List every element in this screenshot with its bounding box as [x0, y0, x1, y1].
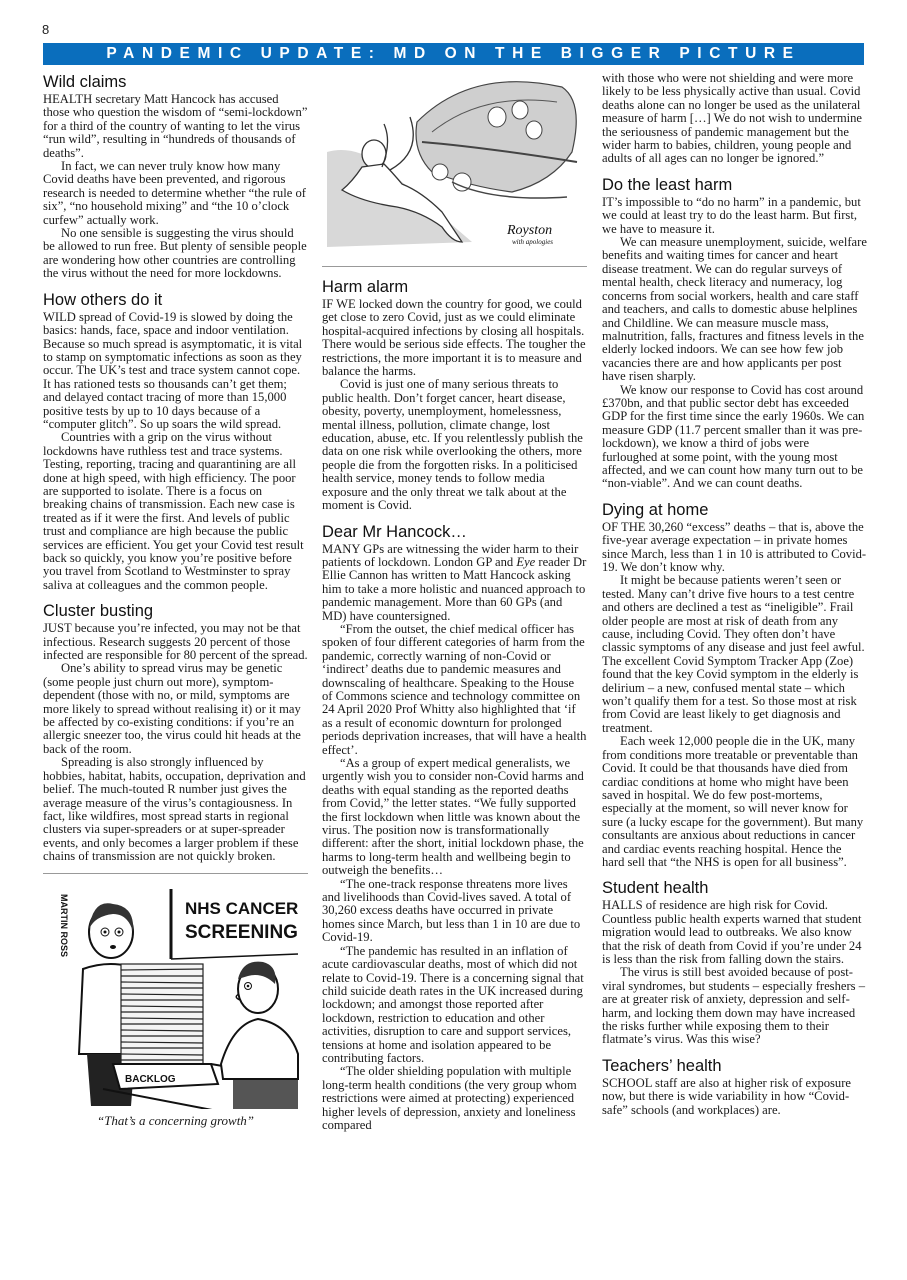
paragraph: IT’s impossible to “do no harm” in a pan…: [602, 196, 867, 236]
backlog-label: BACKLOG: [125, 1074, 176, 1085]
paragraph: OF THE 30,260 “excess” deaths – that is,…: [602, 521, 867, 575]
paragraph: HEALTH secretary Matt Hancock has accuse…: [43, 93, 308, 160]
paragraph: The virus is still best avoided because …: [602, 966, 867, 1046]
paragraph: “As a group of expert medical generalist…: [322, 757, 587, 878]
cartoon-illustration: NHS CANCER SCREENING MARTIN ROSS: [43, 884, 308, 1109]
article-wild-claims: Wild claims HEALTH secretary Matt Hancoc…: [43, 72, 308, 281]
paragraph: We can measure unemployment, suicide, we…: [602, 236, 867, 383]
paragraph: One’s ability to spread virus may be gen…: [43, 662, 308, 756]
paragraph: Countries with a grip on the virus witho…: [43, 431, 308, 592]
paragraph: SCHOOL staff are also at higher risk of …: [602, 1077, 867, 1117]
column-2: Royston with apologies Harm alarm IF WE …: [322, 72, 587, 1141]
article-cluster-busting: Cluster busting JUST because you’re infe…: [43, 601, 308, 863]
heading-wild-claims: Wild claims: [43, 72, 308, 92]
cartoon-caption: “That’s a concerning growth”: [43, 1113, 308, 1129]
article-do-the-least-harm: Do the least harm IT’s impossible to “do…: [602, 175, 867, 491]
heading-teachers-health: Teachers’ health: [602, 1056, 867, 1076]
cartoon-nhs-backlog: NHS CANCER SCREENING MARTIN ROSS: [43, 884, 308, 1129]
heading-how-others-do-it: How others do it: [43, 290, 308, 310]
paragraph: “The older shielding population with mul…: [322, 1065, 587, 1132]
sign-text-1: NHS CANCER: [185, 899, 298, 918]
heading-harm-alarm: Harm alarm: [322, 277, 587, 297]
paragraph: IF WE locked down the country for good, …: [322, 298, 587, 378]
heading-cluster-busting: Cluster busting: [43, 601, 308, 621]
article-harm-alarm: Harm alarm IF WE locked down the country…: [322, 277, 587, 513]
paragraph: It might be because patients weren’t see…: [602, 574, 867, 735]
sign-text-2: SCREENING: [185, 922, 298, 943]
column-1: Wild claims HEALTH secretary Matt Hancoc…: [43, 72, 308, 1129]
illustrator-signature-sub: with apologies: [512, 238, 553, 246]
heading-dear-mr-hancock: Dear Mr Hancock…: [322, 522, 587, 542]
paragraph: WILD spread of Covid-19 is slowed by doi…: [43, 311, 308, 432]
paragraph: Covid is just one of many serious threat…: [322, 378, 587, 512]
page-number: 8: [42, 22, 49, 37]
article-teachers-health: Teachers’ health SCHOOL staff are also a…: [602, 1056, 867, 1117]
divider: [322, 266, 587, 267]
heading-student-health: Student health: [602, 878, 867, 898]
article-continuation: with those who were not shielding and we…: [602, 72, 867, 166]
paragraph: HALLS of residence are high risk for Cov…: [602, 899, 867, 966]
divider: [43, 873, 308, 874]
heading-dying-at-home: Dying at home: [602, 500, 867, 520]
paragraph: Spreading is also strongly influenced by…: [43, 756, 308, 863]
illustrator-signature: Royston: [506, 223, 552, 238]
illustration-creation-of-adam: Royston with apologies: [322, 72, 587, 252]
column-3: with those who were not shielding and we…: [602, 72, 867, 1126]
paragraph: No one sensible is suggesting the virus …: [43, 227, 308, 281]
article-student-health: Student health HALLS of residence are hi…: [602, 878, 867, 1046]
cartoonist-signature: MARTIN ROSS: [59, 894, 69, 957]
creation-illustration: Royston with apologies: [322, 72, 587, 252]
paragraph: with those who were not shielding and we…: [602, 72, 867, 166]
paragraph: Each week 12,000 people die in the UK, m…: [602, 735, 867, 869]
paragraph: We know our response to Covid has cost a…: [602, 384, 867, 491]
paragraph: “From the outset, the chief medical offi…: [322, 623, 587, 757]
paragraph: “The one-track response threatens more l…: [322, 878, 587, 945]
article-dying-at-home: Dying at home OF THE 30,260 “excess” dea…: [602, 500, 867, 870]
article-how-others-do-it: How others do it WILD spread of Covid-19…: [43, 290, 308, 593]
paragraph: “The pandemic has resulted in an inflati…: [322, 945, 587, 1066]
publication-name: Eye: [516, 555, 535, 569]
article-dear-mr-hancock: Dear Mr Hancock… MANY GPs are witnessing…: [322, 522, 587, 1133]
paragraph: MANY GPs are witnessing the wider harm t…: [322, 543, 587, 623]
heading-do-the-least-harm: Do the least harm: [602, 175, 867, 195]
paragraph: JUST because you’re infected, you may no…: [43, 622, 308, 662]
section-banner: PANDEMIC UPDATE: MD ON THE BIGGER PICTUR…: [43, 43, 864, 65]
paragraph: In fact, we can never truly know how man…: [43, 160, 308, 227]
